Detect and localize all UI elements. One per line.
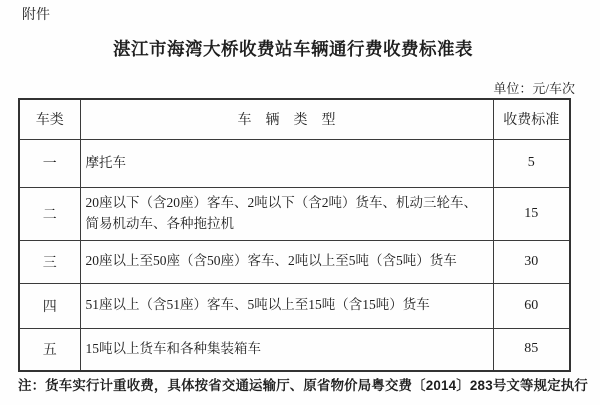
attachment-label: 附件 (22, 4, 50, 24)
document-page: 附件 湛江市海湾大桥收费站车辆通行费收费标准表 单位：元/车次 车类 车 辆 类… (0, 0, 600, 405)
fee-cell: 85 (493, 328, 570, 371)
table-row: 三 20座以上至50座（含50座）客车、2吨以上至5吨（含5吨）货车 30 (19, 240, 570, 283)
table-row: 五 15吨以上货车和各种集装箱车 85 (19, 328, 570, 371)
table-row: 四 51座以上（含51座）客车、5吨以上至15吨（含15吨）货车 60 (19, 283, 570, 328)
vehicle-type-cell: 摩托车 (80, 139, 493, 187)
table-header-row: 车类 车 辆 类 型 收费标准 (19, 99, 570, 139)
vehicle-class-cell: 四 (19, 283, 80, 328)
header-vehicle-class: 车类 (19, 99, 80, 139)
vehicle-class-cell: 五 (19, 328, 80, 371)
unit-label: 单位：元/车次 (493, 78, 575, 97)
toll-fee-table: 车类 车 辆 类 型 收费标准 一 摩托车 5 二 20座以下（含20座）客车、… (18, 98, 571, 372)
vehicle-class-cell: 一 (19, 139, 80, 187)
fee-cell: 15 (493, 187, 570, 240)
vehicle-type-cell: 15吨以上货车和各种集装箱车 (80, 328, 493, 371)
table-row: 二 20座以下（含20座）客车、2吨以下（含2吨）货车、机动三轮车、简易机动车、… (19, 187, 570, 240)
footnote: 注：货车实行计重收费，具体按省交通运输厅、原省物价局粤交费〔2014〕283号文… (18, 375, 596, 394)
vehicle-class-cell: 三 (19, 240, 80, 283)
vehicle-class-cell: 二 (19, 187, 80, 240)
header-vehicle-type: 车 辆 类 型 (80, 99, 493, 139)
fee-cell: 5 (493, 139, 570, 187)
fee-cell: 60 (493, 283, 570, 328)
fee-cell: 30 (493, 240, 570, 283)
header-fee-standard: 收费标准 (493, 99, 570, 139)
vehicle-type-cell: 20座以上至50座（含50座）客车、2吨以上至5吨（含5吨）货车 (80, 240, 493, 283)
page-title: 湛江市海湾大桥收费站车辆通行费收费标准表 (0, 36, 586, 61)
table-row: 一 摩托车 5 (19, 139, 570, 187)
vehicle-type-cell: 20座以下（含20座）客车、2吨以下（含2吨）货车、机动三轮车、简易机动车、各种… (80, 187, 493, 240)
vehicle-type-cell: 51座以上（含51座）客车、5吨以上至15吨（含15吨）货车 (80, 283, 493, 328)
